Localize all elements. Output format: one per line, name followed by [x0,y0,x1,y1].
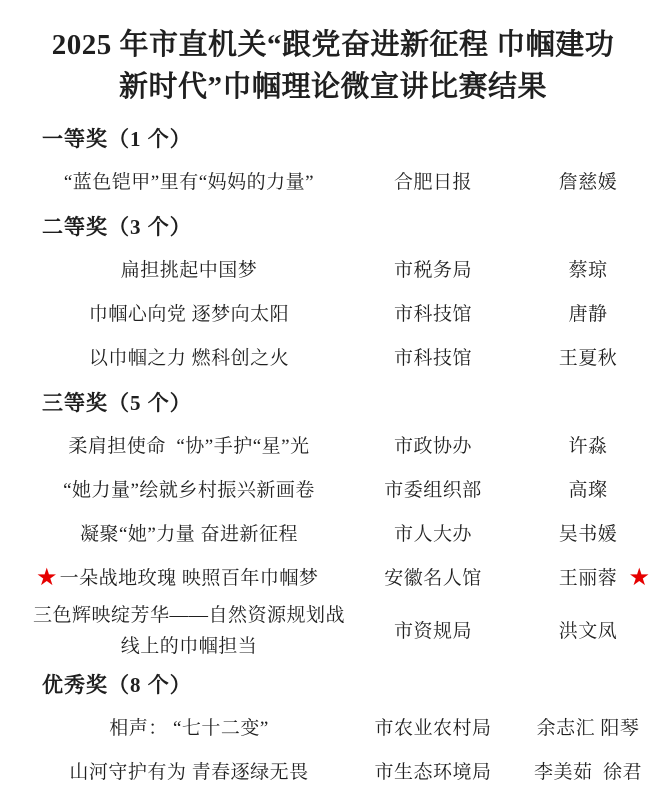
work-org: 市资规局 [354,616,512,647]
section-header-first-prize: 一等奖（1 个） [0,116,666,160]
work-author: 詹慈媛 [512,167,664,198]
table-row: 凝聚“她”力量 奋进新征程 市人大办 吴书媛 [0,512,666,556]
work-title: 三色辉映绽芳华——自然资源规划战 线上的巾帼担当 [24,600,354,662]
document-title-line1: 2025 年市直机关“跟党奋进新征程 巾帼建功 [0,24,666,66]
work-author: 王夏秋 [512,343,664,374]
work-author: 唐静 [512,299,664,330]
document-title-line2: 新时代”巾帼理论微宣讲比赛结果 [0,66,666,108]
work-org: 市生态环境局 [354,757,512,786]
work-org: 市人大办 [354,519,512,550]
work-org: 合肥日报 [354,167,512,198]
table-row: 三色辉映绽芳华——自然资源规划战 线上的巾帼担当 市资规局 洪文凤 [0,600,666,662]
work-title: 一朵战地玫瑰 映照百年巾帼梦 [24,563,354,594]
work-author: 洪文凤 [512,616,664,647]
work-org: 市科技馆 [354,299,512,330]
work-org: 市委组织部 [354,475,512,506]
awards-list: 一等奖（1 个） “蓝色铠甲”里有“妈妈的力量” 合肥日报 詹慈媛 二等奖（3 … [0,116,666,786]
results-document: 2025 年市直机关“跟党奋进新征程 巾帼建功 新时代”巾帼理论微宣讲比赛结果 … [0,0,666,786]
table-row-starred: ★ 一朵战地玫瑰 映照百年巾帼梦 安徽名人馆 王丽蓉 ★ [0,556,666,600]
table-row: “她力量”绘就乡村振兴新画卷 市委组织部 高璨 [0,468,666,512]
highlight-star-left-icon: ★ [36,566,58,590]
work-title: 扁担挑起中国梦 [24,255,354,286]
section-header-third-prize: 三等奖（5 个） [0,380,666,424]
section-second-prize: 二等奖（3 个） 扁担挑起中国梦 市税务局 蔡琼 巾帼心向党 逐梦向太阳 市科技… [0,204,666,380]
table-row: 山河守护有为 青春逐绿无畏 市生态环境局 李美茹 徐君 [0,750,666,786]
section-header-excellence-award: 优秀奖（8 个） [0,662,666,706]
table-row: 以巾帼之力 燃科创之火 市科技馆 王夏秋 [0,336,666,380]
work-author: 吴书媛 [512,519,664,550]
work-title: 山河守护有为 青春逐绿无畏 [24,757,354,786]
work-author: 余志汇 阳琴 [512,713,664,744]
work-org: 市政协办 [354,431,512,462]
work-org: 安徽名人馆 [354,563,512,594]
work-title: 巾帼心向党 逐梦向太阳 [24,299,354,330]
table-row: 相声： “七十二变” 市农业农村局 余志汇 阳琴 [0,706,666,750]
work-author: 高璨 [512,475,664,506]
highlight-star-right-icon: ★ [628,566,650,590]
section-first-prize: 一等奖（1 个） “蓝色铠甲”里有“妈妈的力量” 合肥日报 詹慈媛 [0,116,666,204]
work-org: 市科技馆 [354,343,512,374]
work-org: 市农业农村局 [354,713,512,744]
work-author: 李美茹 徐君 [512,757,664,786]
section-excellence-award: 优秀奖（8 个） 相声： “七十二变” 市农业农村局 余志汇 阳琴 山河守护有为… [0,662,666,786]
table-row: 巾帼心向党 逐梦向太阳 市科技馆 唐静 [0,292,666,336]
work-title: “她力量”绘就乡村振兴新画卷 [24,475,354,506]
work-author: 蔡琼 [512,255,664,286]
table-row: “蓝色铠甲”里有“妈妈的力量” 合肥日报 詹慈媛 [0,160,666,204]
section-third-prize: 三等奖（5 个） 柔肩担使命 “协”手护“星”光 市政协办 许淼 “她力量”绘就… [0,380,666,662]
work-title: 柔肩担使命 “协”手护“星”光 [24,431,354,462]
work-title: 以巾帼之力 燃科创之火 [24,343,354,374]
work-author: 许淼 [512,431,664,462]
work-org: 市税务局 [354,255,512,286]
document-title: 2025 年市直机关“跟党奋进新征程 巾帼建功 新时代”巾帼理论微宣讲比赛结果 [0,0,666,108]
work-title: 相声： “七十二变” [24,713,354,744]
table-row: 扁担挑起中国梦 市税务局 蔡琼 [0,248,666,292]
table-row: 柔肩担使命 “协”手护“星”光 市政协办 许淼 [0,424,666,468]
work-title: 凝聚“她”力量 奋进新征程 [24,519,354,550]
work-title: “蓝色铠甲”里有“妈妈的力量” [24,167,354,198]
section-header-second-prize: 二等奖（3 个） [0,204,666,248]
